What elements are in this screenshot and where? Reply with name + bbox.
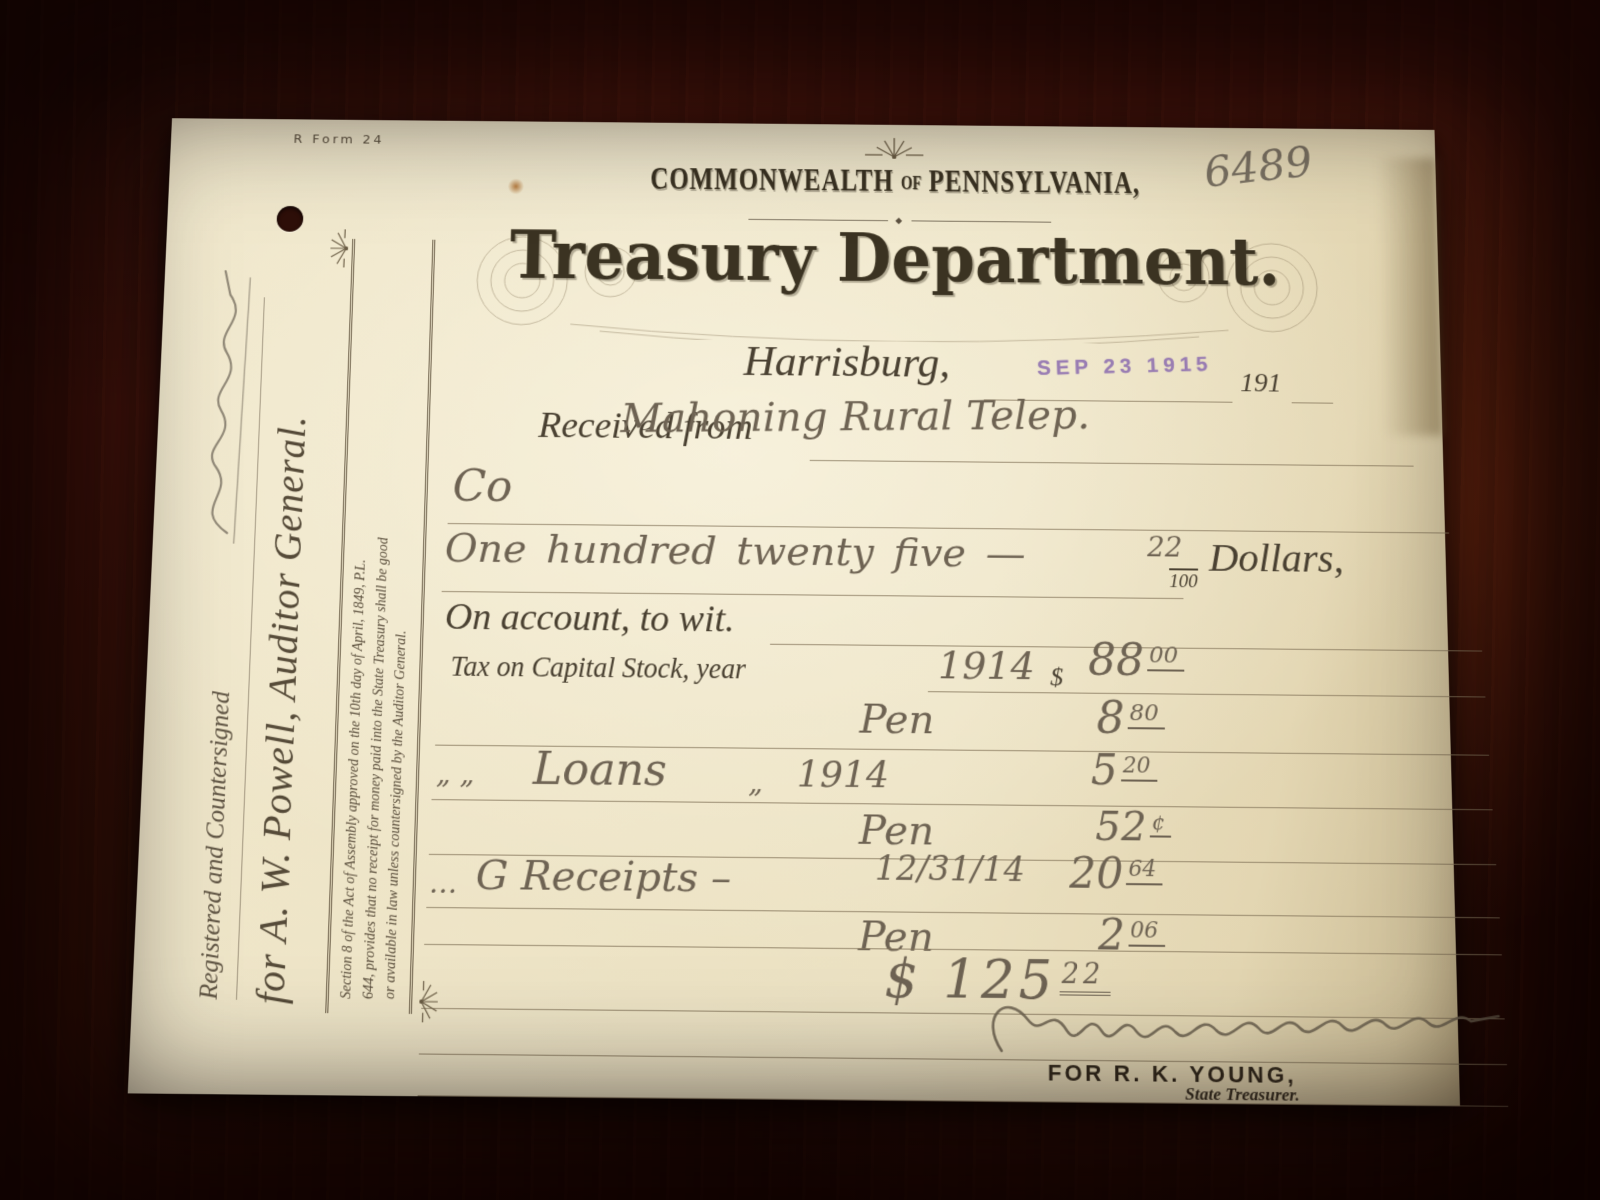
photo-of-receipt: R Form 24 6489 COMMONWEALTH OF PENNSYLVA…	[0, 0, 1600, 1200]
photo-vignette	[0, 0, 1600, 1200]
